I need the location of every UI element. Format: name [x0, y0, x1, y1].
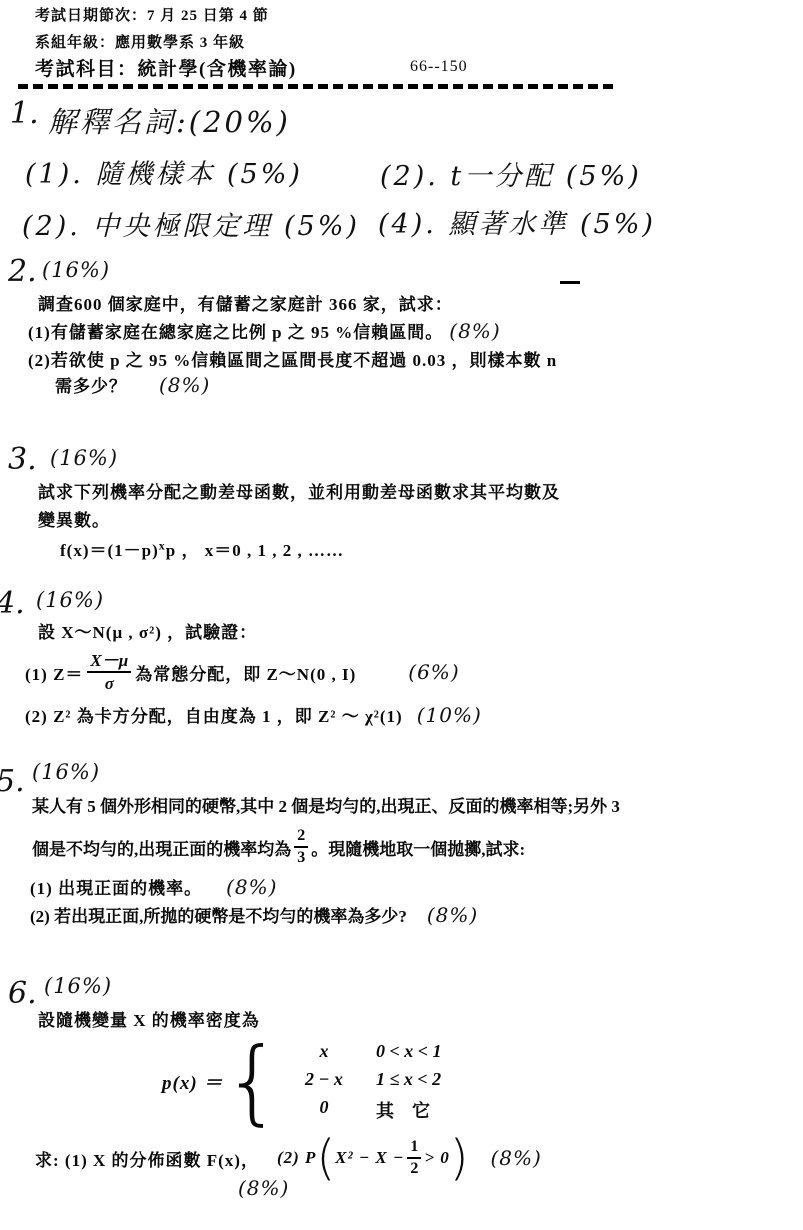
q4-line-1: 設 X～N(μ , σ²) ，試驗證： [38, 618, 257, 643]
q6-ask-fraction: 1 2 [407, 1139, 421, 1177]
q6-pdf-case-1-condition: 0 < x < 1 [360, 1041, 442, 1062]
q6-pdf-cases: x 0 < x < 1 2 − x 1 ≤ x < 2 0 其 它 [288, 1041, 442, 1123]
q3-formula-lead: f(x)＝(1－p) [60, 541, 159, 560]
q5-line-2-lead: 個是不均勻的,出現正面的機率均為 [32, 835, 291, 860]
q2-item-1: (1)有儲蓄家庭在總家庭之比例 p 之 95 %信賴區間。 (8%) [28, 318, 501, 343]
q5-points: (16%) [32, 760, 100, 784]
q4-item-2-text: (2) Z² 為卡方分配，自由度為 1 ，即 Z² ～ χ²(1) [25, 702, 403, 727]
q2-item-2-points: (8%) [159, 373, 210, 397]
divider-dashed-rule [18, 84, 618, 89]
q1-item-1-text: 隨機樣本 (5%) [95, 159, 302, 190]
q6-ask-close-paren: ) [450, 1134, 469, 1182]
q6-pdf-case-3-value: 0 [288, 1097, 360, 1123]
q2-points: (16%) [42, 258, 110, 282]
q3-line-1: 試求下列機率分配之動差母函數，並利用動差母函數求其平均數及 [38, 478, 560, 503]
q5-item-2-points: (8%) [427, 903, 478, 927]
q4-item-1-text: 為常態分配，即 Z～N(0 , I) [135, 660, 356, 685]
q2-item-2-line-a: (2)若欲使 p 之 95 %信賴區間之區間長度不超過 0.03 ，則樣本數 n [28, 346, 557, 371]
q5-fraction-numerator: 2 [294, 828, 308, 848]
q3-points: (16%) [50, 446, 118, 470]
q5-item-1: (1) 出現正面的機率。 (8%) [30, 874, 277, 899]
q5-number: 5. [0, 764, 25, 799]
exam-page: 考試日期節次：7 月 25 日第 4 節 系組年級：應用數學系 3 年級 考試科… [0, 0, 803, 1230]
q6-ask-points-right: (8%) [490, 1146, 541, 1170]
q6-ask-inner-pre: X² − X − [335, 1148, 404, 1168]
q6-ask-points-below: (8%) [238, 1176, 289, 1200]
q1-item-3-text: 中央極限定理 (5%) [92, 211, 359, 242]
q3-line-2: 變異數。 [38, 506, 110, 531]
q4-points: (16%) [36, 588, 104, 612]
q4-item-2: (2) Z² 為卡方分配，自由度為 1 ，即 Z² ～ χ²(1) (10%) [25, 702, 482, 727]
q5-item-2-text: (2) 若出現正面,所拋的硬幣是不均勻的機率為多少? [30, 902, 407, 927]
q5-line-2-tail: 。現隨機地取一個拋擲,試求: [311, 835, 525, 860]
q4-item-1: (1) Z＝ X－μ σ 為常態分配，即 Z～N(0 , I) (6%) [25, 646, 460, 698]
q6-ask-inner-post: > 0 [424, 1148, 449, 1168]
q6-ask-part2-label: (2) P [277, 1148, 316, 1168]
q6-number: 6. [8, 976, 37, 1011]
q1-item-3-label: (2). [22, 211, 81, 242]
q2-item-2-line-b: 需多少？ (8%) [55, 372, 210, 397]
q1-item-4-text: 顯著水準 (5%) [448, 209, 655, 240]
q1-item-4: (4). 顯著水準 (5%) [378, 202, 656, 241]
q4-item-2-points: (10%) [417, 703, 482, 727]
q3-formula: f(x)＝(1－p)xp ， x＝0 , 1 , 2 , …… [60, 536, 344, 561]
q3-formula-tail: p ， x＝0 , 1 , 2 , …… [166, 541, 344, 560]
q5-line-1: 某人有 5 個外形相同的硬幣,其中 2 個是均勻的,出現正、反面的機率相等;另外… [32, 792, 620, 817]
q3-formula-exponent: x [159, 538, 166, 552]
q1-item-2-label: (2). [380, 161, 439, 192]
q6-pdf-case-2-value: 2 − x [288, 1069, 360, 1090]
q3-number: 3. [8, 442, 37, 477]
q1-item-2-text: t一分配 (5%) [450, 161, 641, 192]
q2-item-2-text: 需多少？ [55, 372, 127, 397]
q2-line-1: 調查600 個家庭中，有儲蓄之家庭計 366 家，試求： [38, 290, 453, 315]
q1-item-1: (1). 隨機樣本 (5%) [25, 152, 303, 191]
q5-fraction-denominator: 3 [297, 848, 305, 866]
q4-number: 4. [0, 586, 25, 621]
paper-code: 66--150 [410, 58, 468, 76]
q1-item-1-label: (1). [25, 159, 84, 190]
q6-pdf-case-3-condition: 其 它 [360, 1097, 442, 1123]
q4-item-1-fraction: X－μ σ [87, 652, 131, 692]
q6-points: (16%) [44, 974, 112, 998]
q6-pdf-case-2-condition: 1 ≤ x < 2 [360, 1069, 442, 1090]
q5-line-2: 個是不均勻的,出現正面的機率均為 2 3 。現隨機地取一個拋擲,試求: [32, 824, 525, 870]
subject-line: 考試科目：統計學(含機率論) [35, 54, 297, 81]
q1-item-2: (2). t一分配 (5%) [380, 154, 642, 193]
q2-item-1-text: (1)有儲蓄家庭在總家庭之比例 p 之 95 %信賴區間。 [28, 318, 443, 343]
q6-pdf-lhs: p(x) ＝ [162, 1068, 223, 1095]
q6-ask-fraction-denominator: 2 [410, 1159, 418, 1177]
q5-item-1-text: (1) 出現正面的機率。 [30, 874, 202, 899]
stray-dash-mark [560, 281, 580, 284]
q5-fraction: 2 3 [294, 828, 308, 866]
q6-ask-open-paren: ( [316, 1134, 335, 1182]
q6-ask-fraction-numerator: 1 [407, 1139, 421, 1159]
q1-title: 解釋名詞:(20%) [48, 100, 291, 141]
exam-date-line: 考試日期節次：7 月 25 日第 4 節 [35, 4, 269, 25]
q5-item-1-points: (8%) [226, 875, 277, 899]
department-line: 系組年級：應用數學系 3 年級 [35, 31, 245, 52]
q2-number: 2. [8, 254, 37, 289]
q4-fraction-denominator: σ [105, 673, 114, 692]
q6-pdf-formula: p(x) ＝ { x 0 < x < 1 2 − x 1 ≤ x < 2 0 其… [162, 1038, 441, 1125]
q6-ask-lead: 求: (1) X 的分佈函數 F(x)， [35, 1146, 259, 1171]
q1-item-3: (2). 中央極限定理 (5%) [22, 204, 360, 243]
q4-item-1-label: (1) Z＝ [25, 660, 83, 685]
q5-item-2: (2) 若出現正面,所拋的硬幣是不均勻的機率為多少? (8%) [30, 902, 478, 927]
q6-pdf-case-1-value: x [288, 1041, 360, 1062]
q1-item-4-label: (4). [378, 209, 437, 240]
q4-item-1-points: (6%) [408, 660, 459, 684]
q4-fraction-numerator: X－μ [87, 652, 131, 673]
q6-pdf-brace: { [223, 1038, 282, 1125]
q2-item-1-points: (8%) [449, 319, 500, 343]
q1-number: 1. [10, 96, 39, 131]
